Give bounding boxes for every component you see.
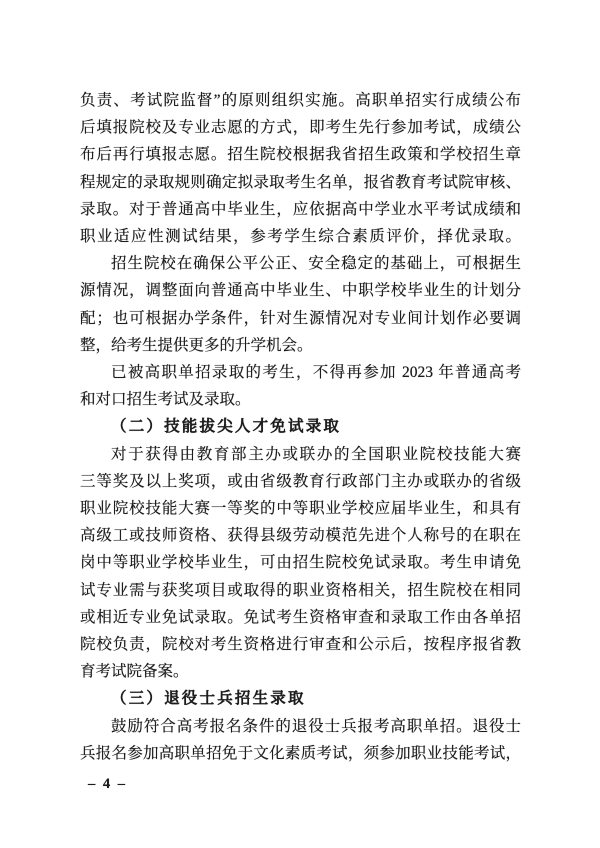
text-line: 或相近专业免试录取。免试考生资格审查和录取工作由各单招: [80, 604, 521, 631]
text-line: 对于获得由教育部主办或联办的全国职业院校技能大赛: [80, 441, 521, 468]
text-line: 整，给考生提供更多的升学机会。: [80, 332, 521, 359]
text-line: 负责、考试院监督”的原则组织实施。高职单招实行成绩公布: [80, 87, 521, 114]
text-line: 录取。对于普通高中毕业生，应依据高中学业水平考试成绩和: [80, 196, 521, 223]
text-line: 已被高职单招录取的考生，不得再参加 2023 年普通高考: [80, 359, 521, 386]
text-line: 程规定的录取规则确定拟录取考生名单，报省教育考试院审核、: [80, 169, 521, 196]
text-line: 试专业需与获奖项目或取得的职业资格相关，招生院校在相同: [80, 577, 521, 604]
text-line: 岗中等职业学校毕业生，可由招生院校免试录取。考生申请免: [80, 549, 521, 576]
page-number: – 4 –: [88, 776, 127, 793]
text-line: 鼓励符合高考报名条件的退役士兵报考高职单招。退役士: [80, 713, 521, 740]
text-line: 和对口招生考试及录取。: [80, 386, 521, 413]
document-body: 负责、考试院监督”的原则组织实施。高职单招实行成绩公布后填报院校及专业志愿的方式…: [80, 87, 521, 767]
text-line: 配；也可根据办学条件，针对生源情况对专业间计划作必要调: [80, 305, 521, 332]
text-line: （二）技能拔尖人才免试录取: [80, 413, 521, 440]
text-line: 源情况，调整面向普通高中毕业生、中职学校毕业生的计划分: [80, 277, 521, 304]
text-line: 布后再行填报志愿。招生院校根据我省招生政策和学校招生章: [80, 141, 521, 168]
text-line: 育考试院备案。: [80, 658, 521, 685]
text-line: 兵报名参加高职单招免于文化素质考试，须参加职业技能考试，: [80, 740, 521, 767]
text-line: 院校负责，院校对考生资格进行审查和公示后，按程序报省教: [80, 631, 521, 658]
text-line: 高级工或技师资格、获得县级劳动模范先进个人称号的在职在: [80, 522, 521, 549]
text-line: 职业院校技能大赛一等奖的中等职业学校应届毕业生，和具有: [80, 495, 521, 522]
text-line: 招生院校在确保公平公正、安全稳定的基础上，可根据生: [80, 250, 521, 277]
text-line: 职业适应性测试结果，参考学生综合素质评价，择优录取。: [80, 223, 521, 250]
document-page: 负责、考试院监督”的原则组织实施。高职单招实行成绩公布后填报院校及专业志愿的方式…: [0, 0, 600, 848]
text-line: 后填报院校及专业志愿的方式，即考生先行参加考试，成绩公: [80, 114, 521, 141]
text-line: （三）退役士兵招生录取: [80, 685, 521, 712]
text-line: 三等奖及以上奖项，或由省级教育行政部门主办或联办的省级: [80, 468, 521, 495]
